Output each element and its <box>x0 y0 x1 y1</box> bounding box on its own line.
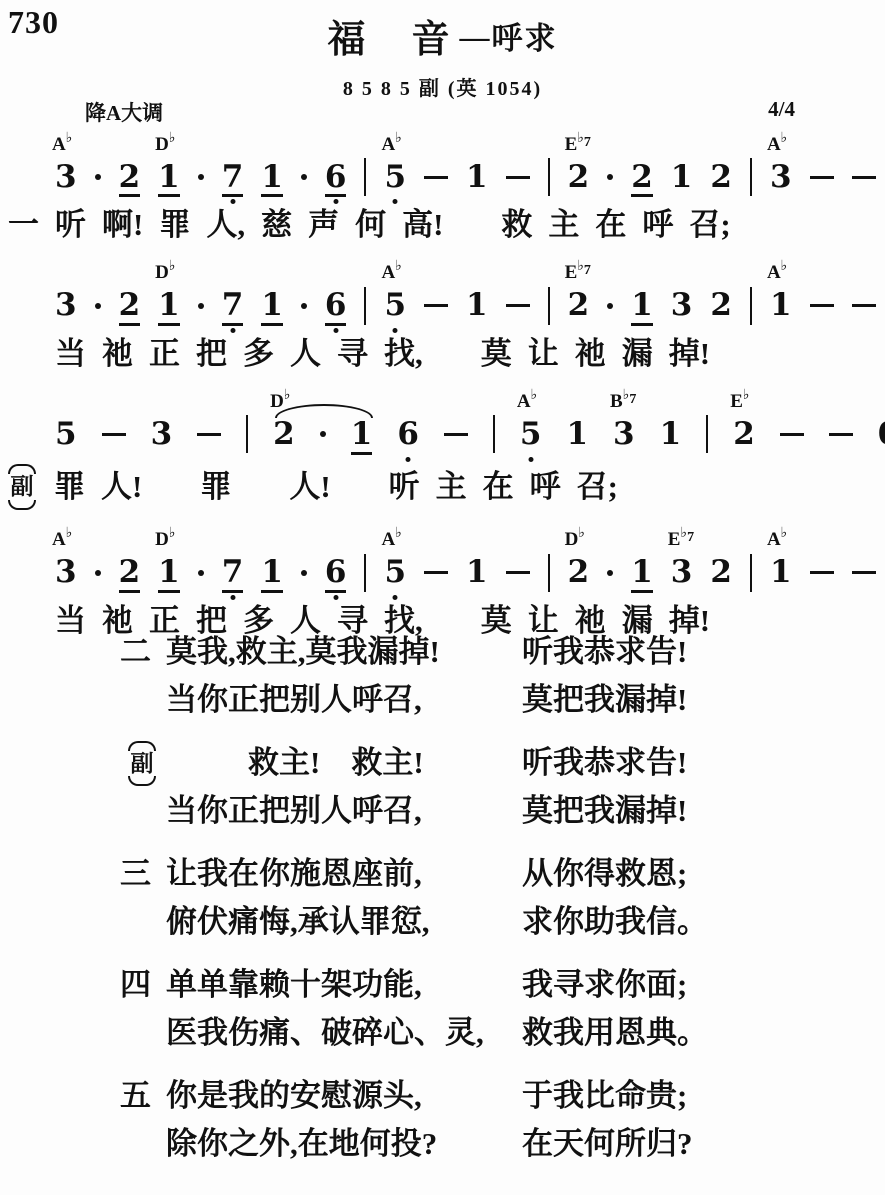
flat-icon: ♭ <box>169 130 176 146</box>
notation-row: 321D♭7165A♭12E♭71321A♭0 <box>55 255 885 327</box>
chord-symbol: A♭ <box>52 526 72 549</box>
verse-line: 俯伏痛悔,承认罪愆,求你助我信。 <box>0 898 885 946</box>
refrain-label: 副 <box>131 751 154 776</box>
verse: 三让我在你施恩座前,从你得救恩;俯伏痛悔,承认罪愆,求你助我信。 <box>0 850 885 946</box>
lyric-syllable: 祂 <box>102 336 133 372</box>
low-octave-dot <box>528 457 533 462</box>
note: 2 <box>631 161 653 194</box>
duration-dash <box>506 571 530 574</box>
note: 2 <box>119 556 141 589</box>
lyric-syllable: 罪 <box>200 469 231 505</box>
note: 2E♭7 <box>568 161 590 194</box>
duration-dash <box>829 433 853 436</box>
flat-icon: ♭ <box>781 258 788 274</box>
duration-dash <box>852 304 876 307</box>
chord-symbol: A♭ <box>767 131 787 154</box>
note-digit: 3 <box>671 556 693 589</box>
chord-root: A <box>381 529 395 550</box>
verse-line: 除你之外,在地何投?在天何所归? <box>0 1120 885 1168</box>
duration-dot <box>198 174 204 180</box>
chord-symbol: E♭7 <box>565 259 591 282</box>
note: 3A♭ <box>55 161 77 194</box>
low-octave-dot <box>393 199 398 204</box>
time-signature: 4/4 <box>768 97 795 127</box>
note: 1 <box>631 289 653 322</box>
verse-line: 当你正把别人呼召,莫把我漏掉! <box>0 676 885 724</box>
note: 1 <box>261 161 283 194</box>
notation-row: 532D♭165A♭13B♭712E♭0 <box>55 383 885 455</box>
flat-icon: ♭ <box>395 258 402 274</box>
lyric-syllable: 罪 <box>54 469 85 505</box>
verse: 副救主! 救主!听我恭求告!当你正把别人呼召,莫把我漏掉! <box>0 739 885 835</box>
barline <box>750 287 752 325</box>
note-digit: 2 <box>710 289 732 322</box>
note: 1 <box>466 161 488 194</box>
low-octave-dot <box>393 328 398 333</box>
verse-text-left: 莫我,救主,莫我漏掉! <box>166 628 522 676</box>
note-digit: 5 <box>384 556 406 589</box>
duration-dot <box>95 570 101 576</box>
note: 1D♭ <box>158 289 180 322</box>
lyric-syllable: 何 <box>355 207 386 243</box>
note-digit: 3 <box>151 418 173 451</box>
duration-dash <box>102 433 126 436</box>
chord-root: E <box>565 262 578 283</box>
verse: 五你是我的安慰源头,于我比命贵;除你之外,在地何投?在天何所归? <box>0 1072 885 1168</box>
note-digit: 1 <box>660 418 682 451</box>
low-octave-dot <box>230 199 235 204</box>
verse-line: 当你正把别人呼召,莫把我漏掉! <box>0 787 885 835</box>
barline <box>364 554 366 592</box>
note: 5A♭ <box>384 556 406 589</box>
chord-root: A <box>381 262 395 283</box>
lyric-syllable: 把 <box>196 336 227 372</box>
chord-root: E <box>668 529 681 550</box>
note: 0 <box>878 418 885 451</box>
note: 3A♭ <box>55 556 77 589</box>
bracket-bottom-arc-icon <box>8 500 36 510</box>
verse-number-cell: 副 <box>120 739 166 786</box>
flat-icon: ♭ <box>169 525 176 541</box>
duration-dot <box>95 303 101 309</box>
note: 1D♭ <box>158 556 180 589</box>
verse-text-right: 救我用恩典。 <box>522 1009 708 1057</box>
note: 1 <box>671 161 693 194</box>
key-signature: 降A大调 <box>85 97 163 127</box>
duration-dash <box>780 433 804 436</box>
duration-dot <box>607 174 613 180</box>
chord-root: D <box>155 262 169 283</box>
verse-number: 五 <box>120 1072 166 1120</box>
note-digit: 7 <box>222 556 244 593</box>
lyrics-line: 副罪人!罪人!听主在呼召; <box>8 464 885 509</box>
duration-dot <box>198 303 204 309</box>
note-digit: 6 <box>397 418 419 451</box>
duration-dot <box>607 303 613 309</box>
chord-symbol: B♭7 <box>610 388 636 411</box>
chord-root: D <box>270 391 284 412</box>
note: 2E♭ <box>733 418 755 451</box>
note-digit: 1 <box>351 418 373 455</box>
flat-icon: ♭ <box>578 525 585 541</box>
low-octave-dot <box>230 595 235 600</box>
note-digit: 1 <box>158 556 180 593</box>
note: 1 <box>466 289 488 322</box>
verse: 四单单靠赖十架功能,我寻求你面;医我伤痛、破碎心、灵,救我用恩典。 <box>0 961 885 1057</box>
duration-dash <box>424 304 448 307</box>
chord-seventh: 7 <box>687 530 694 545</box>
note: 2 <box>710 289 732 322</box>
note: 6 <box>397 418 419 451</box>
verse: 二莫我,救主,莫我漏掉!听我恭求告!当你正把别人呼召,莫把我漏掉! <box>0 628 885 724</box>
chord-root: A <box>767 262 781 283</box>
lyric-syllable: 漏 <box>622 336 653 372</box>
chord-symbol: A♭ <box>52 131 72 154</box>
verse-text-left: 让我在你施恩座前, <box>166 850 522 898</box>
note-digit: 6 <box>325 289 347 326</box>
lyric-syllable: 在 <box>483 469 514 505</box>
note: 5A♭ <box>384 289 406 322</box>
note-digit: 1 <box>631 289 653 326</box>
note: 1 <box>351 418 373 451</box>
note-digit: 5 <box>55 418 77 451</box>
flat-icon: ♭ <box>531 387 538 403</box>
low-octave-dot <box>333 595 338 600</box>
note: 3B♭7 <box>613 418 635 451</box>
note: 5 <box>55 418 77 451</box>
note-digit: 2 <box>119 556 141 593</box>
lyric-syllable: 救 <box>501 207 532 243</box>
verse-text-right: 听我恭求告! <box>522 739 687 787</box>
note: 3 <box>55 289 77 322</box>
lyric-syllable: 寻 <box>337 336 368 372</box>
verse-text-right: 于我比命贵; <box>522 1072 687 1120</box>
verse-text-right: 在天何所归? <box>522 1120 693 1168</box>
verse-line: 副救主! 救主!听我恭求告! <box>0 739 885 787</box>
duration-dot <box>301 570 307 576</box>
lyric-syllable: 慈 <box>261 207 292 243</box>
note-digit: 1 <box>566 418 588 451</box>
low-octave-dot <box>333 328 338 333</box>
lyric-syllable: 呼 <box>530 469 561 505</box>
lyric-syllable: 让 <box>528 336 559 372</box>
notation-row: 3A♭21D♭7165A♭12E♭72123A♭0 <box>55 126 885 198</box>
barline <box>548 158 550 196</box>
verse-text-right: 莫把我漏掉! <box>522 787 687 835</box>
chord-root: A <box>381 134 395 155</box>
lyric-syllable: 声 <box>308 207 339 243</box>
note-digit: 6 <box>325 161 347 198</box>
flat-icon: ♭ <box>66 525 73 541</box>
barline <box>246 415 248 453</box>
verse-text-left: 除你之外,在地何投? <box>166 1120 522 1168</box>
lyric-syllable: 人! <box>101 469 142 505</box>
note-digit: 1 <box>631 556 653 593</box>
music-line: 532D♭165A♭13B♭712E♭0副罪人!罪人!听主在呼召; <box>0 383 885 509</box>
barline <box>548 554 550 592</box>
note-digit: 5 <box>384 161 406 194</box>
refrain-label: 副 <box>11 474 34 499</box>
note-digit: 1 <box>466 161 488 194</box>
note-digit: 1 <box>261 556 283 593</box>
lyric-syllable: 主 <box>436 469 467 505</box>
note-digit: 2 <box>568 161 590 194</box>
duration-dash <box>810 571 834 574</box>
chord-root: A <box>52 134 66 155</box>
verse-line: 四单单靠赖十架功能,我寻求你面; <box>0 961 885 1009</box>
duration-dash <box>506 176 530 179</box>
note-digit: 2 <box>119 161 141 198</box>
chord-root: E <box>565 134 578 155</box>
duration-dash <box>852 571 876 574</box>
lyric-syllable: 人, <box>206 207 245 243</box>
lyric-syllable: 听 <box>55 207 86 243</box>
verse-text-right: 听我恭求告! <box>522 628 687 676</box>
note: 7 <box>222 289 244 322</box>
note: 1A♭ <box>770 556 792 589</box>
note: 1 <box>660 418 682 451</box>
notation-row: 3A♭21D♭7165A♭12D♭13E♭721A♭0 <box>55 522 885 594</box>
note-digit: 1 <box>261 289 283 326</box>
note: 7 <box>222 556 244 589</box>
lyric-syllable: 找, <box>384 336 423 372</box>
note-digit: 1 <box>671 161 693 194</box>
music-line: 3A♭21D♭7165A♭12E♭72123A♭0一听啊!罪人,慈声何高!救主在… <box>0 126 885 243</box>
duration-dash <box>424 176 448 179</box>
note-digit: 1 <box>158 289 180 326</box>
note: 5A♭ <box>384 161 406 194</box>
verse-number: 一 <box>8 207 39 243</box>
chord-root: B <box>610 391 623 412</box>
note: 2 <box>710 556 732 589</box>
bracket-top-arc-icon <box>8 464 36 474</box>
note-digit: 1 <box>466 556 488 589</box>
chord-seventh: 7 <box>584 263 591 278</box>
note-digit: 1 <box>158 161 180 198</box>
refrain-bracket-marker: 副 <box>120 741 164 786</box>
verse-text-left: 当你正把别人呼召, <box>166 787 522 835</box>
verse-text-left: 当你正把别人呼召, <box>166 676 522 724</box>
chord-symbol: A♭ <box>767 526 787 549</box>
lyric-syllable: 听 <box>389 469 420 505</box>
note-digit: 1 <box>770 289 792 322</box>
note: 2 <box>119 289 141 322</box>
note: 2 <box>119 161 141 194</box>
note: 1 <box>631 556 653 589</box>
note: 2D♭ <box>273 418 295 451</box>
note-digit: 5 <box>520 418 542 451</box>
note-digit: 7 <box>222 161 244 198</box>
chord-symbol: D♭ <box>155 131 175 154</box>
verse-text-left: 单单靠赖十架功能, <box>166 961 522 1009</box>
note-digit: 3 <box>671 289 693 322</box>
low-octave-dot <box>333 199 338 204</box>
barline <box>706 415 708 453</box>
note-digit: 2 <box>568 556 590 589</box>
barline <box>750 158 752 196</box>
chord-symbol: A♭ <box>381 526 401 549</box>
lyric-syllable: 正 <box>149 336 180 372</box>
note: 1 <box>261 556 283 589</box>
chord-symbol: E♭7 <box>668 526 694 549</box>
barline <box>364 158 366 196</box>
verse-text-left: 医我伤痛、破碎心、灵, <box>166 1009 522 1057</box>
chord-symbol: D♭ <box>565 526 585 549</box>
low-octave-dot <box>230 328 235 333</box>
chord-root: A <box>767 134 781 155</box>
note: 1 <box>566 418 588 451</box>
flat-icon: ♭ <box>395 525 402 541</box>
note: 2D♭ <box>568 556 590 589</box>
music-notation: 3A♭21D♭7165A♭12E♭72123A♭0一听啊!罪人,慈声何高!救主在… <box>0 126 885 650</box>
note: 1A♭ <box>770 289 792 322</box>
note-digit: 3 <box>55 161 77 194</box>
lyric-syllable: 高! <box>402 207 443 243</box>
flat-icon: ♭ <box>743 387 750 403</box>
verse-line: 医我伤痛、破碎心、灵,救我用恩典。 <box>0 1009 885 1057</box>
chord-seventh: 7 <box>629 392 636 407</box>
note-digit: 2 <box>710 556 732 589</box>
note-digit: 1 <box>770 556 792 589</box>
note-digit: 2 <box>733 418 755 451</box>
lyrics-line: 当祂正把多人寻找,莫让祂漏掉! <box>55 336 885 372</box>
flat-icon: ♭ <box>781 525 788 541</box>
note-digit: 2 <box>119 289 141 326</box>
flat-icon: ♭ <box>395 130 402 146</box>
low-octave-dot <box>406 457 411 462</box>
verse-text-right: 求你助我信。 <box>522 898 708 946</box>
note-digit: 2 <box>568 289 590 322</box>
barline <box>548 287 550 325</box>
lyric-syllable: 主 <box>548 207 579 243</box>
duration-dash <box>852 176 876 179</box>
barline <box>493 415 495 453</box>
music-line: 3A♭21D♭7165A♭12D♭13E♭721A♭0当祂正把多人寻找,莫让祂漏… <box>0 522 885 639</box>
note-digit: 3 <box>770 161 792 194</box>
title-main: 福 音 <box>327 19 453 61</box>
lyric-syllable: 罪 <box>159 207 190 243</box>
duration-dot <box>95 174 101 180</box>
chord-symbol: A♭ <box>517 388 537 411</box>
note-digit: 6 <box>325 556 347 593</box>
note: 3 <box>151 418 173 451</box>
chord-root: E <box>730 391 743 412</box>
lyrics-line: 一听啊!罪人,慈声何高!救主在呼召; <box>8 207 885 243</box>
verse-line: 五你是我的安慰源头,于我比命贵; <box>0 1072 885 1120</box>
barline <box>364 287 366 325</box>
lyric-syllable: 掉! <box>669 336 710 372</box>
verse-line: 三让我在你施恩座前,从你得救恩; <box>0 850 885 898</box>
verse-number: 二 <box>120 628 166 676</box>
flat-icon: ♭ <box>781 130 788 146</box>
note-digit: 1 <box>261 161 283 198</box>
note-digit: 5 <box>384 289 406 322</box>
hymn-page: 730 福 音—呼求 8 5 8 5 副 (英 1054) 降A大调 4/4 3… <box>0 0 885 1195</box>
chord-root: A <box>52 529 66 550</box>
duration-dot <box>301 174 307 180</box>
chord-root: A <box>767 529 781 550</box>
chord-root: D <box>155 529 169 550</box>
note-digit: 2 <box>273 418 295 451</box>
note-digit: 2 <box>631 161 653 198</box>
bracket-bottom-arc-icon <box>128 776 156 786</box>
page-title: 福 音—呼求 <box>0 8 885 63</box>
note: 6 <box>325 161 347 194</box>
duration-dash <box>444 433 468 436</box>
verse-line: 二莫我,救主,莫我漏掉!听我恭求告! <box>0 628 885 676</box>
verse-text-right: 莫把我漏掉! <box>522 676 687 724</box>
note: 3 <box>671 289 693 322</box>
chord-root: D <box>565 529 579 550</box>
note-digit: 3 <box>55 556 77 589</box>
note-digit: 2 <box>710 161 732 194</box>
note: 7 <box>222 161 244 194</box>
barline <box>750 554 752 592</box>
verse-number: 四 <box>120 961 166 1009</box>
chord-seventh: 7 <box>584 135 591 150</box>
verse-text-left: 俯伏痛悔,承认罪愆, <box>166 898 522 946</box>
lyric-syllable: 多 <box>243 336 274 372</box>
lyric-syllable: 人! <box>289 469 330 505</box>
note: 6 <box>325 289 347 322</box>
lyric-syllable: 当 <box>55 336 86 372</box>
chord-symbol: D♭ <box>155 526 175 549</box>
verse-text-left: 救主! 救主! <box>166 739 522 787</box>
low-octave-dot <box>393 595 398 600</box>
duration-dot <box>320 431 326 437</box>
note: 1D♭ <box>158 161 180 194</box>
duration-dash <box>197 433 221 436</box>
chord-symbol: D♭ <box>155 259 175 282</box>
verse-text-left: 你是我的安慰源头, <box>166 1072 522 1120</box>
chord-symbol: E♭7 <box>565 131 591 154</box>
note-digit: 3 <box>55 289 77 322</box>
verses-section: 二莫我,救主,莫我漏掉!听我恭求告!当你正把别人呼召,莫把我漏掉!副救主! 救主… <box>0 628 885 1183</box>
note-digit: 0 <box>878 418 885 451</box>
lyric-syllable: 莫 <box>481 336 512 372</box>
flat-icon: ♭ <box>66 130 73 146</box>
note-digit: 1 <box>466 289 488 322</box>
flat-icon: ♭ <box>577 130 584 146</box>
verse-number: 三 <box>120 850 166 898</box>
duration-dash <box>424 571 448 574</box>
verse-text-right: 从你得救恩; <box>522 850 687 898</box>
note-digit: 3 <box>613 418 635 451</box>
music-line: 321D♭7165A♭12E♭71321A♭0当祂正把多人寻找,莫让祂漏掉! <box>0 255 885 372</box>
note: 3E♭7 <box>671 556 693 589</box>
chord-symbol: E♭ <box>730 388 749 411</box>
chord-symbol: A♭ <box>381 131 401 154</box>
flat-icon: ♭ <box>169 258 176 274</box>
chord-symbol: A♭ <box>381 259 401 282</box>
lyric-syllable: 祂 <box>575 336 606 372</box>
duration-dot <box>198 570 204 576</box>
bracket-top-arc-icon <box>128 741 156 751</box>
chord-root: A <box>517 391 531 412</box>
note: 2E♭7 <box>568 289 590 322</box>
note: 6 <box>325 556 347 589</box>
duration-dash <box>810 304 834 307</box>
verse-text-right: 我寻求你面; <box>522 961 687 1009</box>
chord-root: D <box>155 134 169 155</box>
flat-icon: ♭ <box>577 258 584 274</box>
note: 2 <box>710 161 732 194</box>
lyric-syllable: 人 <box>290 336 321 372</box>
lyric-syllable: 呼 <box>642 207 673 243</box>
key-time-row: 降A大调 4/4 <box>0 97 885 127</box>
duration-dash <box>810 176 834 179</box>
chord-symbol: A♭ <box>767 259 787 282</box>
